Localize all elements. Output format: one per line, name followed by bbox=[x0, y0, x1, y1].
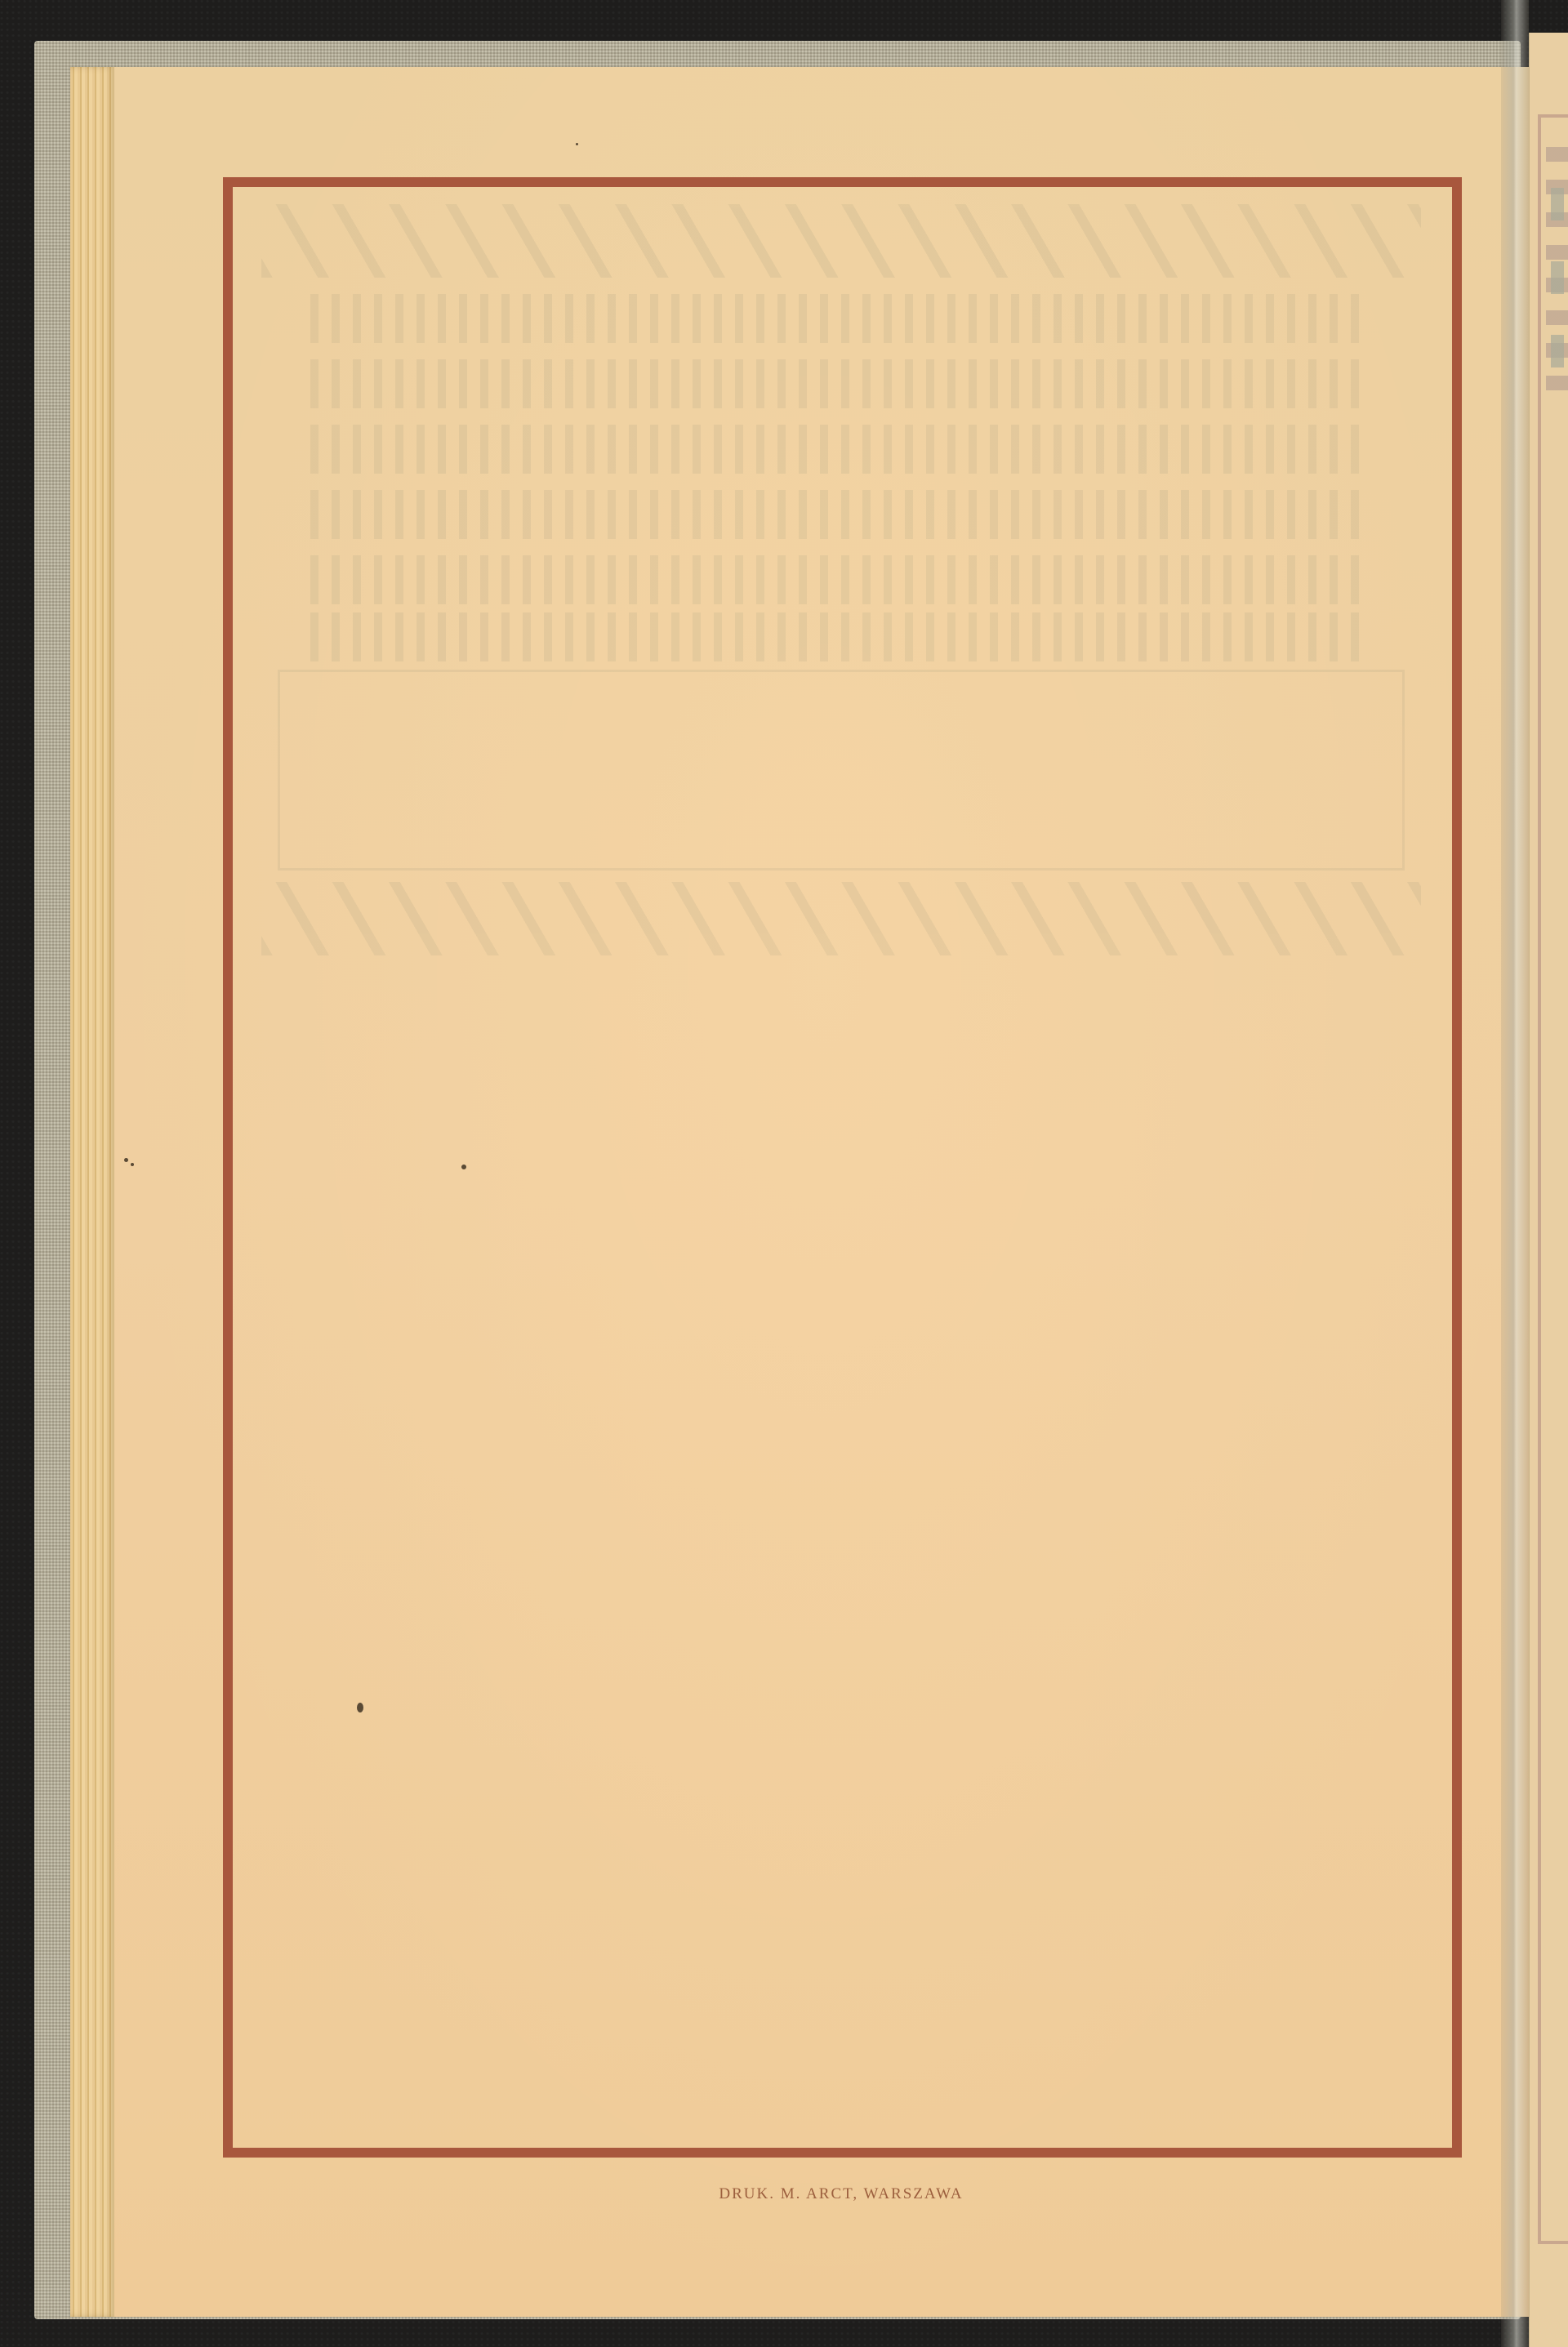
paper-speck bbox=[461, 1165, 466, 1169]
facing-page-frame bbox=[1538, 114, 1568, 2244]
printer-imprint: DRUK. M. ARCT, WARSZAWA bbox=[57, 2185, 1568, 2203]
paper-speck bbox=[357, 1703, 363, 1712]
gutter-shadow bbox=[1501, 0, 1529, 2347]
paper-speck bbox=[131, 1163, 134, 1166]
decorative-frame-border bbox=[223, 177, 1462, 2158]
facing-page-edge bbox=[1529, 33, 1568, 2347]
paper-speck bbox=[576, 143, 578, 145]
paper-speck bbox=[124, 1158, 128, 1162]
facing-page-ornament bbox=[1551, 188, 1564, 392]
page-edge-stack bbox=[70, 67, 116, 2317]
